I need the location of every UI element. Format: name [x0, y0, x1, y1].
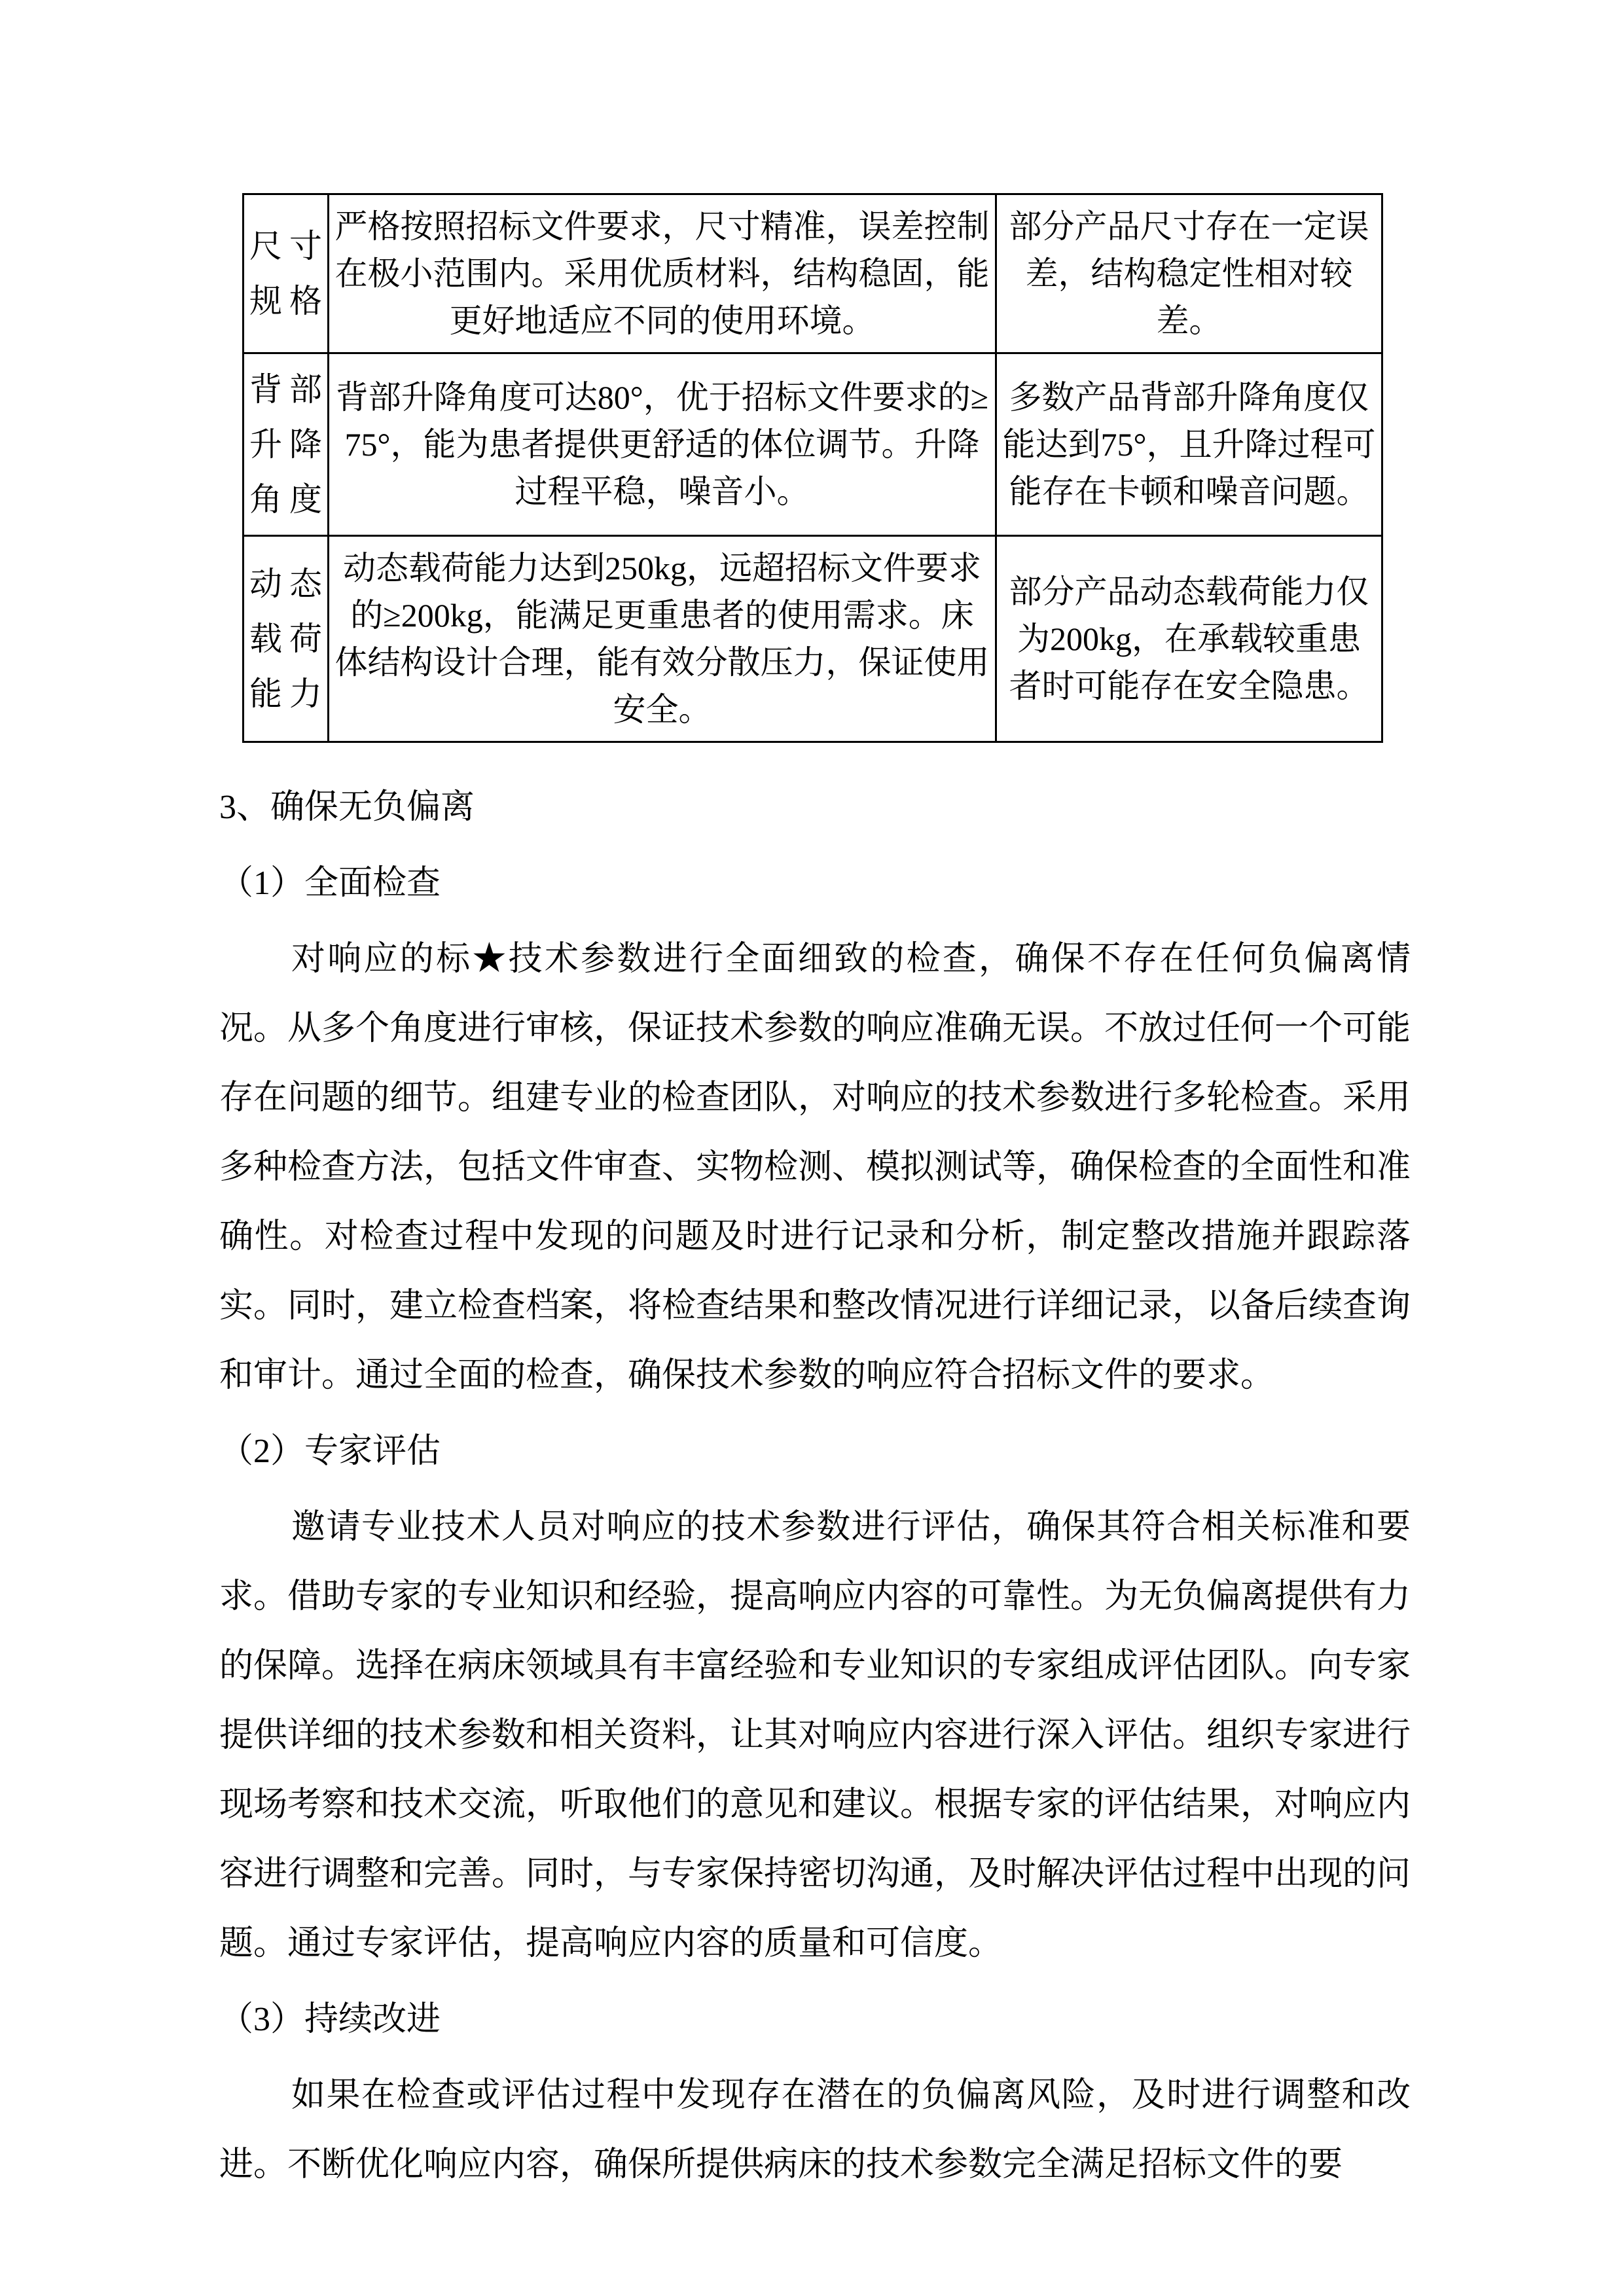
paragraph-comprehensive-check: 对响应的标★技术参数进行全面细致的检查，确保不存在任何负偏离情况。从多个角度进行…	[219, 925, 1411, 1410]
disadvantage-cell: 部分产品动态载荷能力仅为200kg，在承载较重患者时可能存在安全隐患。	[996, 536, 1382, 742]
document-content: 尺寸规格严格按照招标文件要求，尺寸精准，误差控制在极小范围内。采用优质材料，结构…	[219, 193, 1411, 2200]
row-label-cell: 动态载荷能力	[244, 536, 329, 742]
row-label-line: 升降	[249, 417, 322, 472]
advantage-cell: 动态载荷能力达到250kg，远超招标文件要求的≥200kg，能满足更重患者的使用…	[329, 536, 996, 742]
row-label-line: 背部	[249, 362, 322, 417]
row-label-line: 动态	[249, 556, 322, 611]
row-label-line: 规格	[249, 274, 322, 329]
paragraph-expert-evaluation: 邀请专业技术人员对响应的技术参数进行评估，确保其符合相关标准和要求。借助专家的专…	[219, 1493, 1411, 1979]
table-row: 背部升降角度背部升降角度可达80°，优于招标文件要求的≥75°，能为患者提供更舒…	[244, 353, 1382, 536]
comparison-table: 尺寸规格严格按照招标文件要求，尺寸精准，误差控制在极小范围内。采用优质材料，结构…	[242, 193, 1383, 743]
table-row: 尺寸规格严格按照招标文件要求，尺寸精准，误差控制在极小范围内。采用优质材料，结构…	[244, 194, 1382, 353]
advantage-cell: 背部升降角度可达80°，优于招标文件要求的≥75°，能为患者提供更舒适的体位调节…	[329, 353, 996, 536]
row-label-line: 能力	[249, 666, 322, 721]
subsection-title-3: （3）持续改进	[219, 1985, 1411, 2054]
row-label-cell: 尺寸规格	[244, 194, 329, 353]
row-label-line: 载荷	[249, 611, 322, 666]
subsection-title-1: （1）全面检查	[219, 849, 1411, 918]
row-label-line: 尺寸	[249, 219, 322, 274]
subsection-title-2: （2）专家评估	[219, 1417, 1411, 1486]
disadvantage-cell: 多数产品背部升降角度仅能达到75°，且升降过程可能存在卡顿和噪音问题。	[996, 353, 1382, 536]
table-row: 动态载荷能力动态载荷能力达到250kg，远超招标文件要求的≥200kg，能满足更…	[244, 536, 1382, 742]
paragraph-continuous-improvement: 如果在检查或评估过程中发现存在潜在的负偏离风险，及时进行调整和改进。不断优化响应…	[219, 2061, 1411, 2200]
row-label-cell: 背部升降角度	[244, 353, 329, 536]
row-label-line: 角度	[249, 472, 322, 527]
section-heading: 3、确保无负偏离	[219, 773, 1411, 842]
document-page: 尺寸规格严格按照招标文件要求，尺寸精准，误差控制在极小范围内。采用优质材料，结构…	[0, 0, 1624, 2296]
advantage-cell: 严格按照招标文件要求，尺寸精准，误差控制在极小范围内。采用优质材料，结构稳固，能…	[329, 194, 996, 353]
comparison-table-body: 尺寸规格严格按照招标文件要求，尺寸精准，误差控制在极小范围内。采用优质材料，结构…	[244, 194, 1382, 742]
disadvantage-cell: 部分产品尺寸存在一定误差，结构稳定性相对较差。	[996, 194, 1382, 353]
